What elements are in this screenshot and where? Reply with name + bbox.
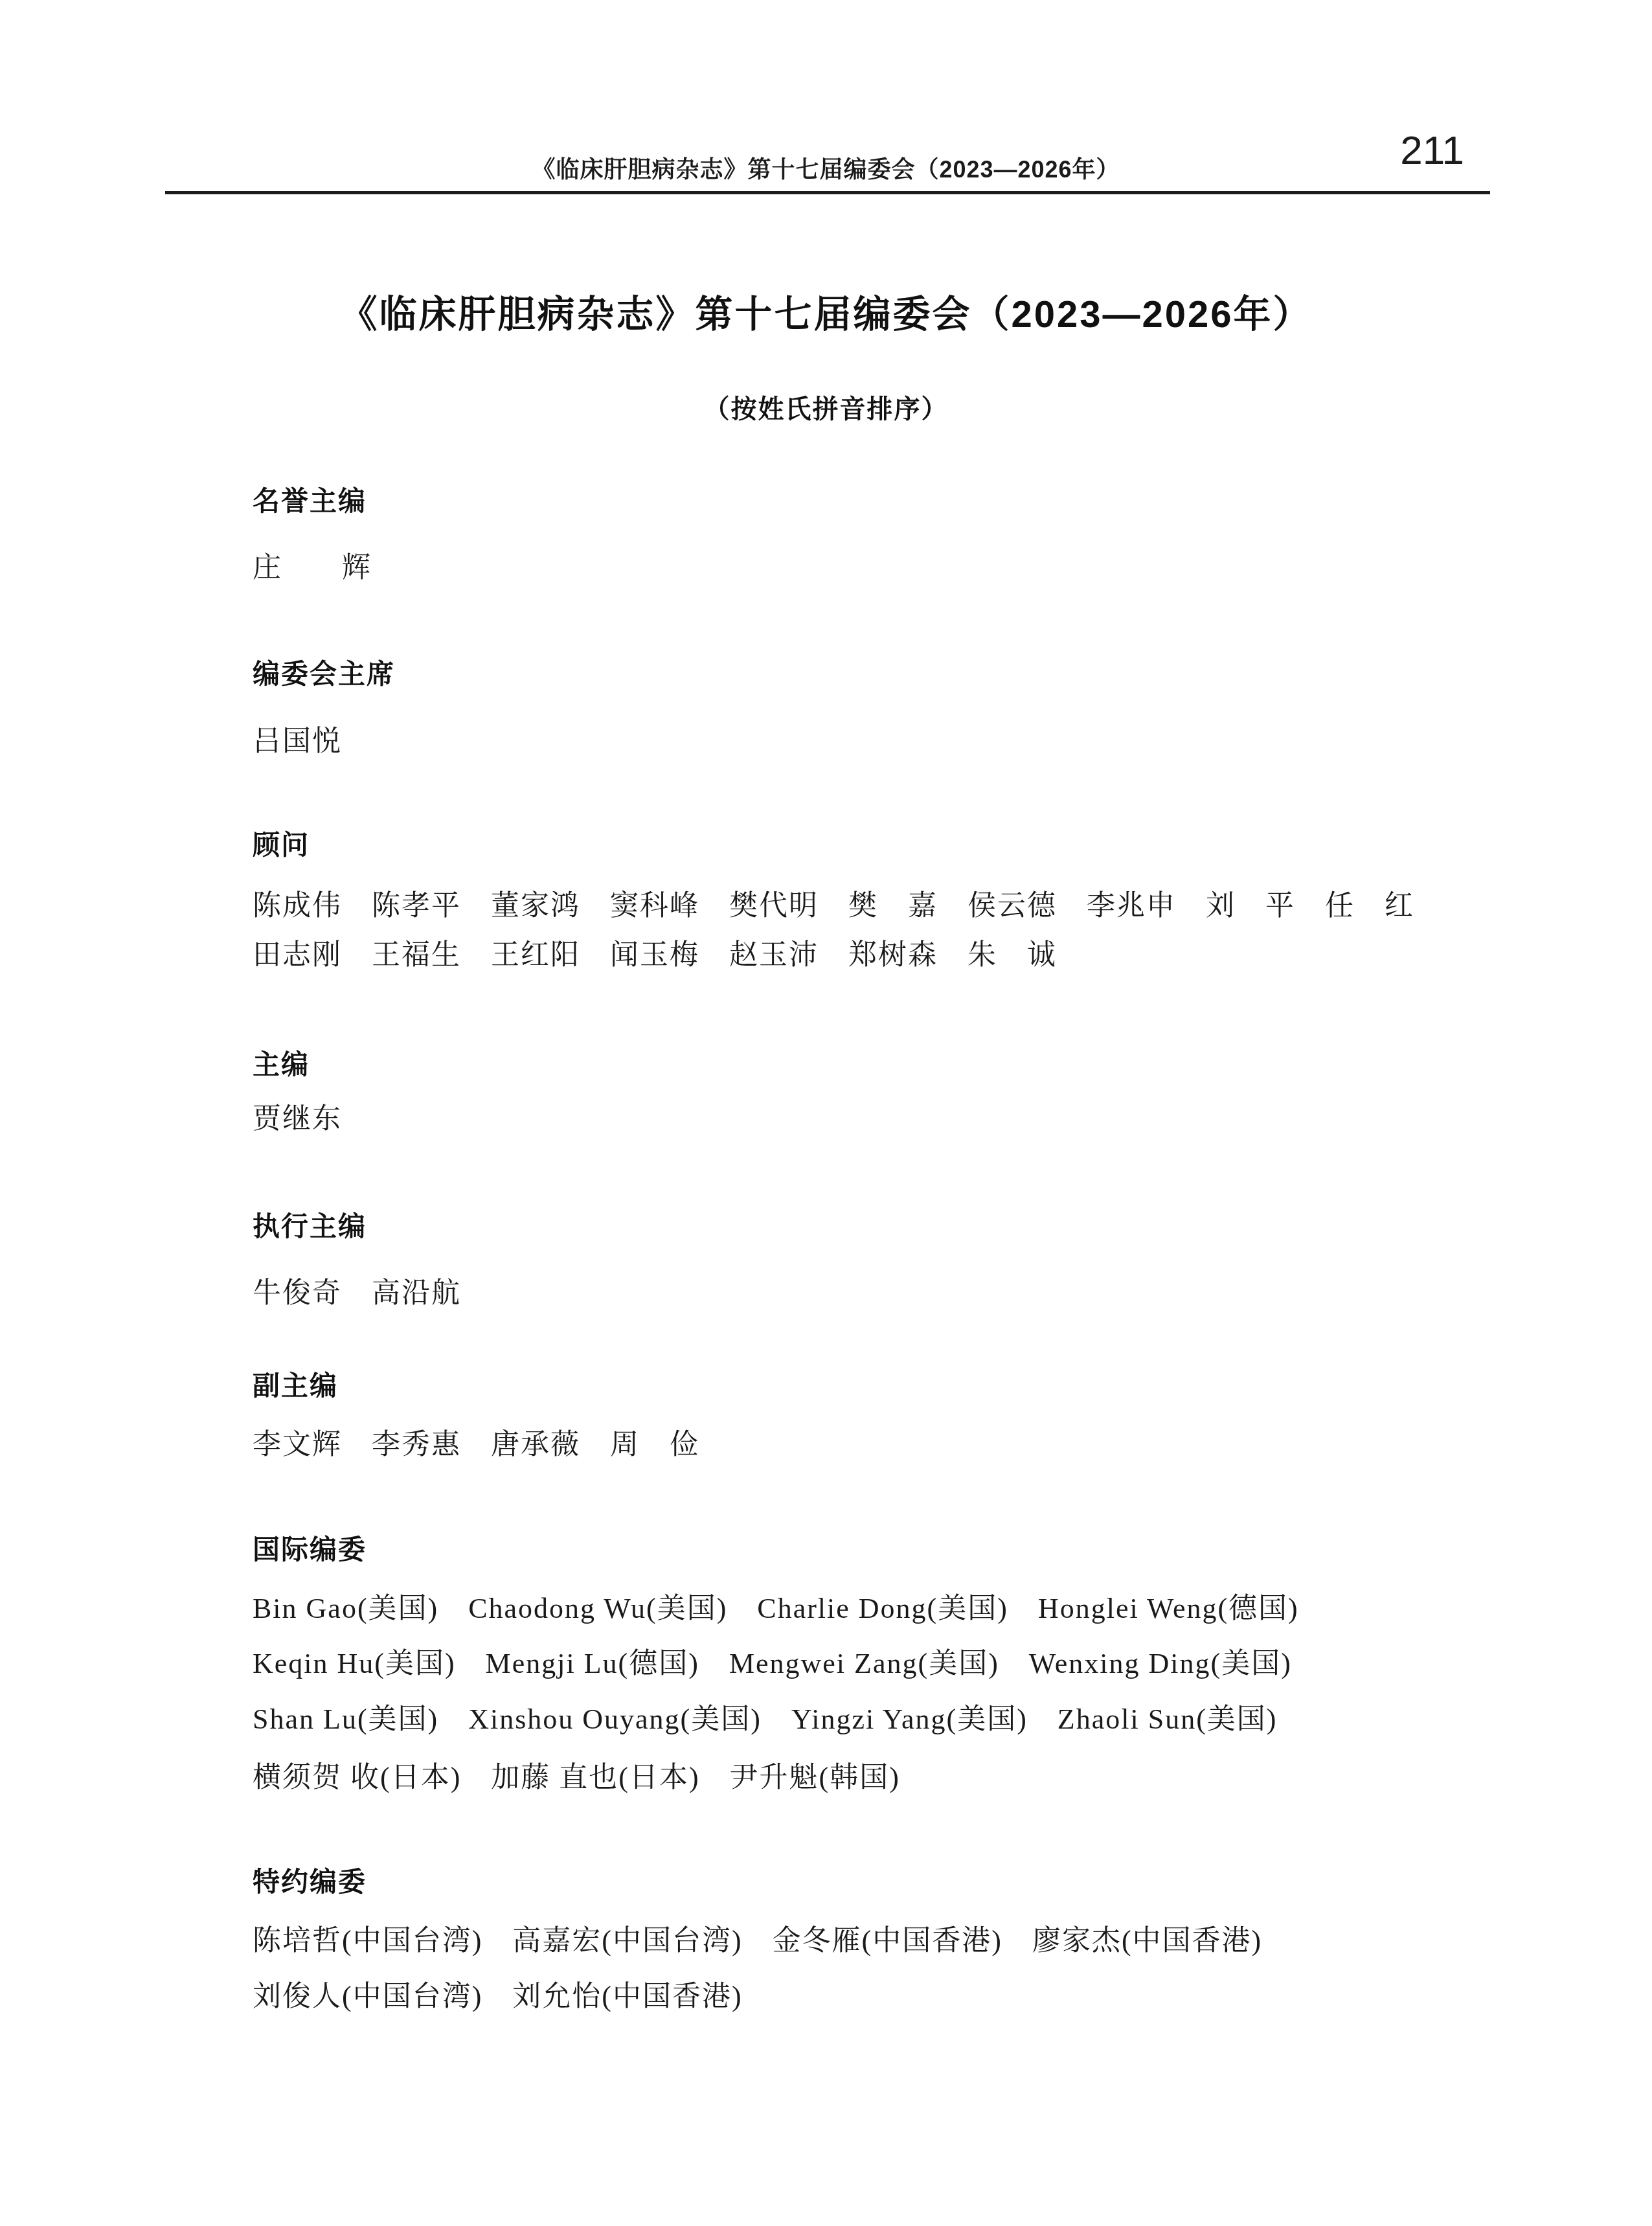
name-list-line: 刘俊人(中国台湾) 刘允怡(中国香港): [253, 1981, 743, 2012]
section-heading-international-editorial-board: 国际编委: [253, 1535, 367, 1565]
name-list-line: 陈成伟 陈孝平 董家鸿 窦科峰 樊代明 樊 嘉 侯云德 李兆申 刘 平 任 红: [253, 891, 1414, 922]
document-title: 《临床肝胆病杂志》第十七届编委会（2023—2026年）: [0, 284, 1652, 338]
name-list-line: Keqin Hu(美国) Mengji Lu(德国) Mengwei Zang(…: [253, 1648, 1292, 1679]
name-list-line: Shan Lu(美国) Xinshou Ouyang(美国) Yingzi Ya…: [253, 1704, 1277, 1735]
section-heading-special-editorial-board: 特约编委: [253, 1867, 367, 1897]
name-list-line: 牛俊奇 高沿航: [253, 1278, 461, 1309]
section-heading-chief-editor: 主编: [253, 1050, 310, 1080]
section-heading-editorial-board-chairman: 编委会主席: [253, 659, 395, 689]
document-page: 《临床肝胆病杂志》第十七届编委会（2023—2026年） 211 《临床肝胆病杂…: [0, 0, 1652, 2226]
section-heading-executive-chief-editor: 执行主编: [253, 1212, 367, 1242]
section-heading-honorary-chief-editor: 名誉主编: [253, 486, 367, 516]
running-header-text: 《临床肝胆病杂志》第十七届编委会（2023—2026年）: [532, 156, 1120, 183]
header-rule-divider: [165, 191, 1490, 194]
name-list-line: 陈培哲(中国台湾) 高嘉宏(中国台湾) 金冬雁(中国香港) 廖家杰(中国香港): [253, 1925, 1262, 1957]
name-list-line: 横须贺 收(日本) 加藤 直也(日本) 尹升魁(韩国): [253, 1762, 900, 1793]
section-heading-deputy-chief-editors: 副主编: [253, 1371, 338, 1401]
page-number: 211: [1400, 131, 1464, 171]
name-list-line: 李文辉 李秀惠 唐承薇 周 俭: [253, 1429, 699, 1460]
section-heading-advisors: 顾问: [253, 830, 310, 860]
name-list-line: Bin Gao(美国) Chaodong Wu(美国) Charlie Dong…: [253, 1593, 1299, 1624]
name-list-line: 庄 辉: [253, 552, 372, 584]
name-list-line: 贾继东: [253, 1104, 342, 1135]
name-list-line: 田志刚 王福生 王红阳 闻玉梅 赵玉沛 郑树森 朱 诚: [253, 940, 1057, 971]
name-list-line: 吕国悦: [253, 726, 342, 757]
document-subtitle: （按姓氏拼音排序）: [0, 389, 1652, 426]
